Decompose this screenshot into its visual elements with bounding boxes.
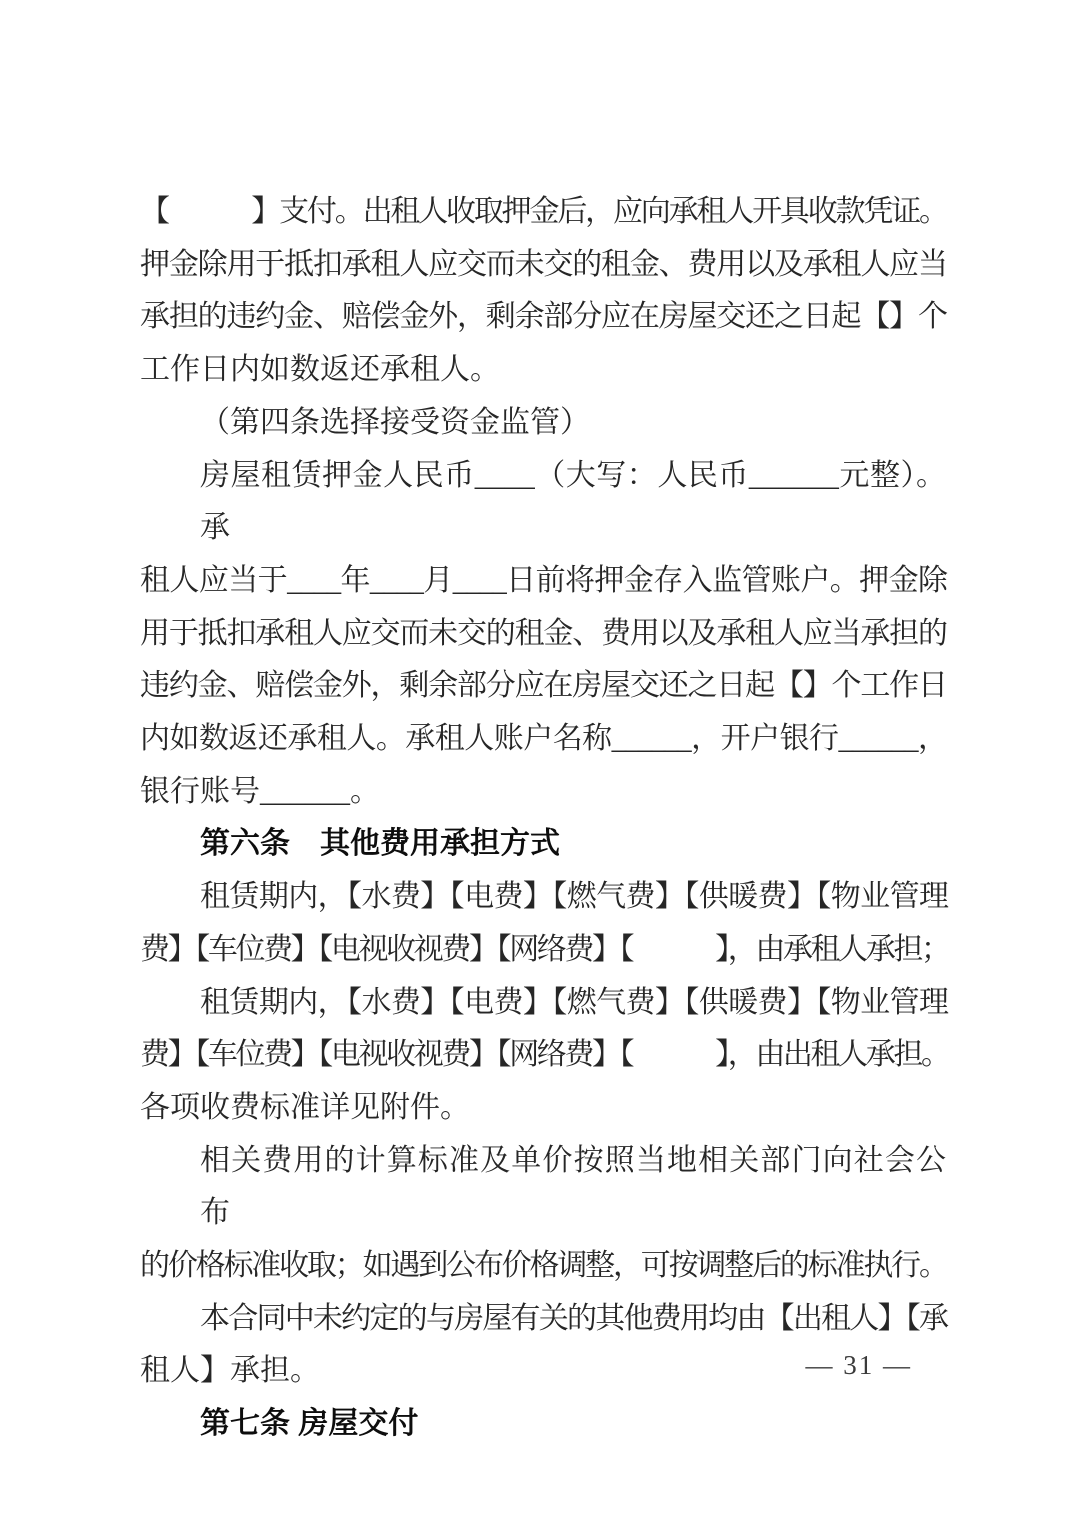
- section-7-heading: 第七条 房屋交付: [140, 1398, 946, 1451]
- contract-body: 【 】支付。出租人收取押金后，应向承租人开具收款凭证。 押金除用于抵扣承租人应交…: [140, 186, 946, 1451]
- contract-text-line: 银行账号______。: [140, 766, 946, 819]
- contract-text-line: 【 】支付。出租人收取押金后，应向承租人开具收款凭证。: [140, 186, 946, 239]
- contract-text-line: 费】【车位费】【电视收视费】【网络费】【 】，由承租人承担；: [140, 924, 946, 977]
- contract-page: 【 】支付。出租人收取押金后，应向承租人开具收款凭证。 押金除用于抵扣承租人应交…: [0, 0, 1080, 1528]
- contract-text-line: 押金除用于抵扣承租人应交而未交的租金、费用以及承租人应当: [140, 239, 946, 292]
- contract-text-line: 租赁期内，【水费】【电费】【燃气费】【供暖费】【物业管理: [140, 871, 946, 924]
- contract-text-line: 工作日内如数返还承租人。: [140, 344, 946, 397]
- contract-text-line: 租人应当于____年____月____日前将押金存入监管账户。押金除: [140, 555, 946, 608]
- contract-text-line: 租赁期内，【水费】【电费】【燃气费】【供暖费】【物业管理: [140, 977, 946, 1030]
- supervision-note-line: （第四条选择接受资金监管）: [140, 397, 946, 450]
- contract-text-line: 用于抵扣承租人应交而未交的租金、费用以及承租人应当承担的: [140, 608, 946, 661]
- section-6-heading: 第六条 其他费用承担方式: [140, 818, 946, 871]
- contract-text-line: 相关费用的计算标准及单价按照当地相关部门向社会公布: [140, 1135, 946, 1240]
- contract-text-line: 房屋租赁押金人民币____（大写：人民币______元整）。承: [140, 450, 946, 555]
- contract-text-line: 承担的违约金、赔偿金外，剩余部分应在房屋交还之日起【】个: [140, 291, 946, 344]
- page-number: — 31 —: [806, 1350, 913, 1381]
- contract-text-line: 内如数返还承租人。承租人账户名称______，开户银行______，: [140, 713, 946, 766]
- contract-text-line: 费】【车位费】【电视收视费】【网络费】【 】，由出租人承担。: [140, 1029, 946, 1082]
- contract-text-line: 各项收费标准详见附件。: [140, 1082, 946, 1135]
- contract-text-line: 违约金、赔偿金外，剩余部分应在房屋交还之日起【】个工作日: [140, 660, 946, 713]
- contract-text-line: 本合同中未约定的与房屋有关的其他费用均由【出租人】【承: [140, 1293, 946, 1346]
- contract-text-line: 的价格标准收取；如遇到公布价格调整，可按调整后的标准执行。: [140, 1240, 946, 1293]
